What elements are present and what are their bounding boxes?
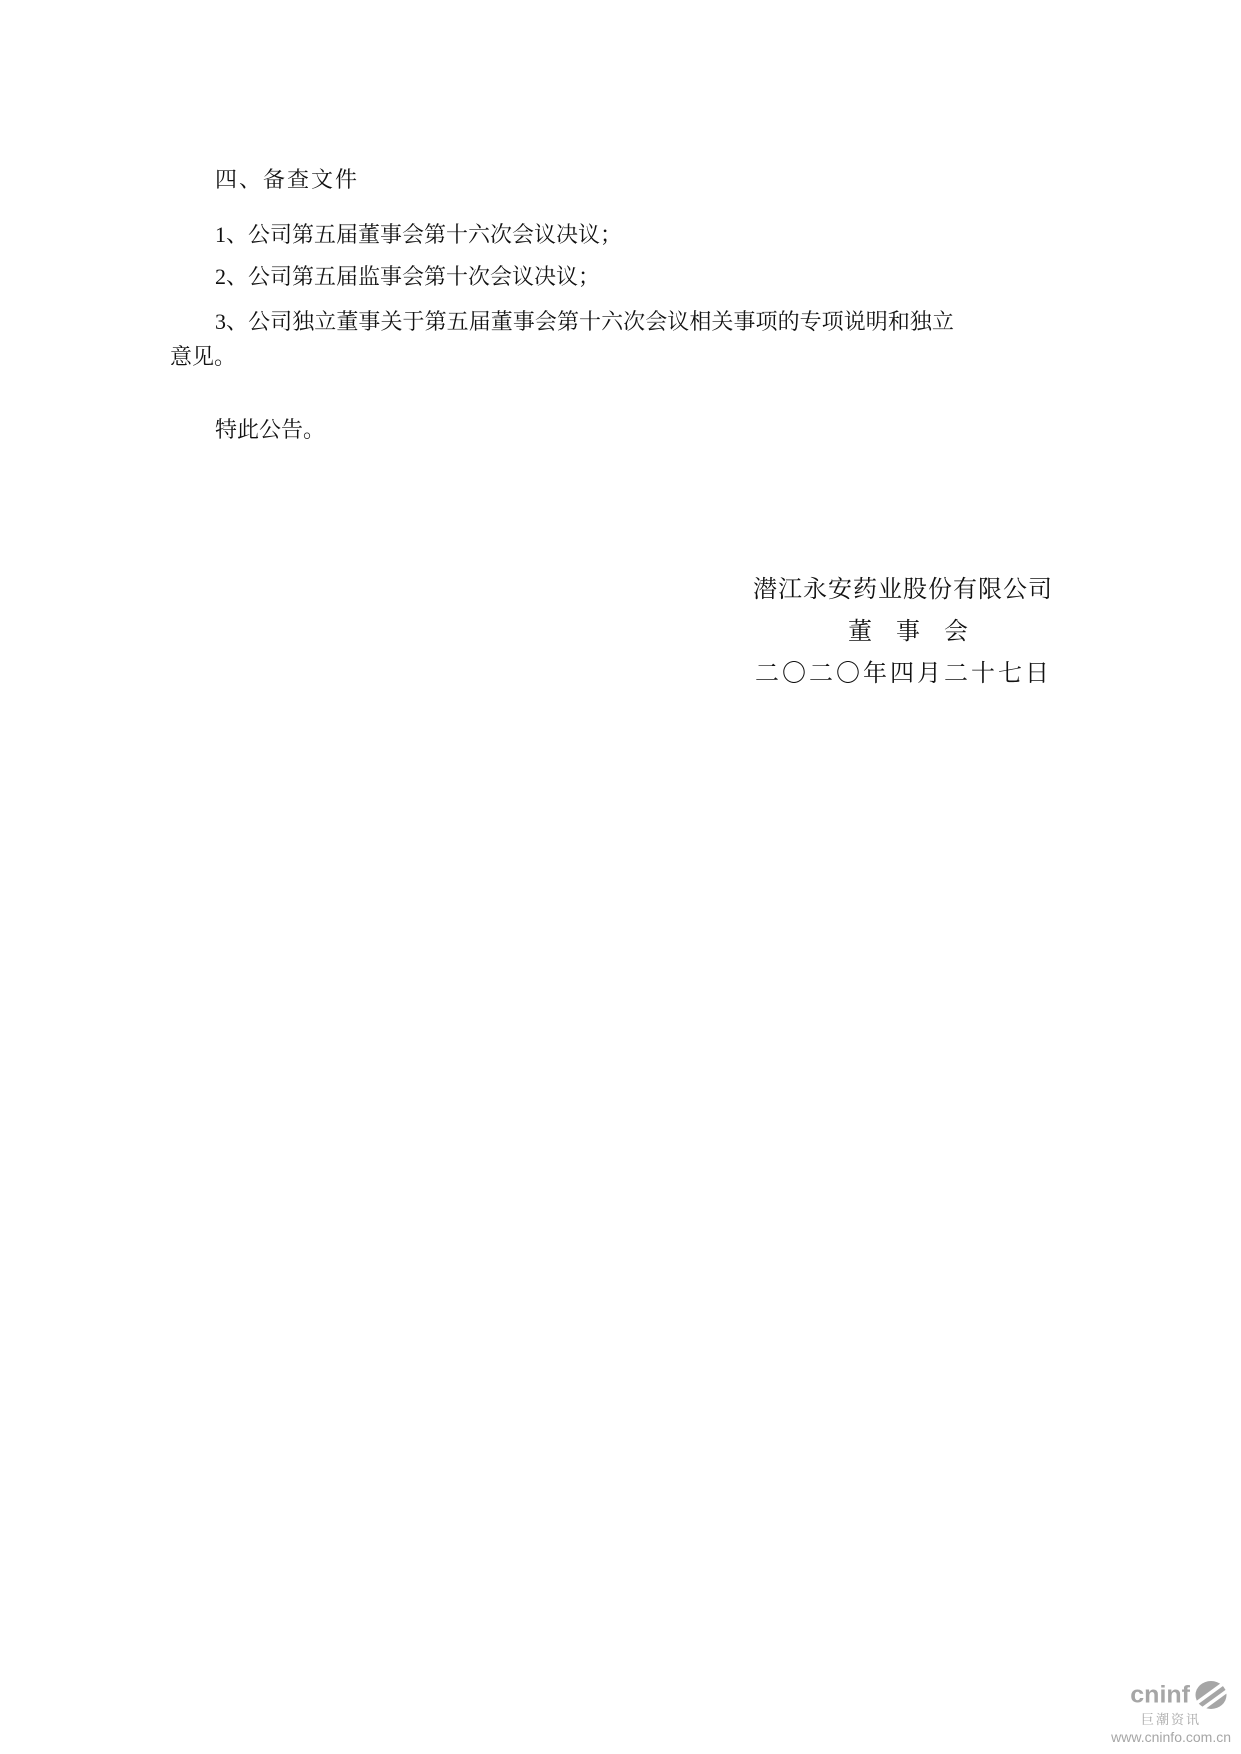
document-page: 四、备查文件 1、公司第五届董事会第十六次会议决议； 2、公司第五届监事会第十次… <box>0 0 1241 1754</box>
cninfo-watermark: cninf 巨潮资讯 www.cninfo.com.cn <box>1008 1680 1233 1744</box>
section-heading: 四、备查文件 <box>215 166 359 194</box>
company-name: 潜江永安药业股份有限公司 <box>753 575 1053 605</box>
signature-date: 二〇二〇年四月二十七日 <box>755 659 1052 689</box>
cninfo-url: www.cninfo.com.cn <box>1008 1730 1231 1744</box>
list-item-1: 1、公司第五届董事会第十六次会议决议； <box>215 221 622 249</box>
cninfo-logo-row: cninf <box>1008 1680 1229 1710</box>
cninfo-brand-chinese: 巨潮资讯 <box>1008 1713 1201 1726</box>
board-of-directors-label: 董 事 会 <box>848 617 968 647</box>
list-item-2: 2、公司第五届监事会第十次会议决议； <box>215 263 600 291</box>
cninfo-logo-text: cninf <box>1130 1683 1190 1707</box>
list-item-3: 3、公司独立董事关于第五届董事会第十六次会议相关事项的专项说明和独立意见。 <box>170 304 954 374</box>
cninfo-swirl-icon <box>1193 1680 1229 1710</box>
closing-text: 特此公告。 <box>215 416 325 444</box>
